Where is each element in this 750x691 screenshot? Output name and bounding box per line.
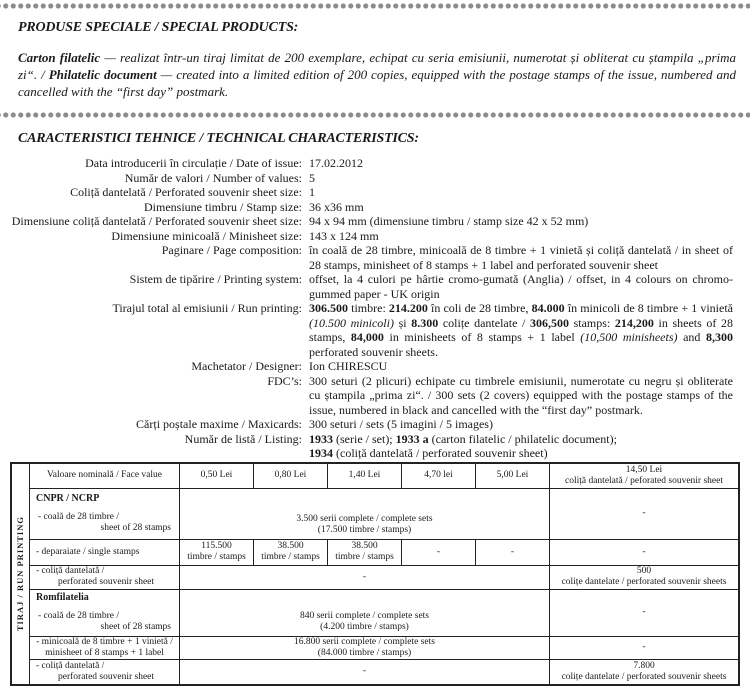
spec-label: Dimensiune timbru / Stamp size: (0, 200, 309, 215)
rom-sheet-row: Romfilatelia- coală de 28 timbre /sheet … (11, 589, 739, 636)
spec-value: 1 (309, 185, 733, 200)
spec-label: Sistem de tipărire / Printing system: (0, 272, 309, 301)
group-title: Romfilatelia (36, 592, 177, 603)
spec-row: Paginare / Page composition:în coală de … (0, 243, 750, 272)
single-value: 115.500timbre / stamps (180, 539, 254, 565)
rom-ss-row: - coliță dantelată /perforated souvenir … (11, 659, 739, 685)
spec-value: 1933 (serie / set); 1933 a (carton filat… (309, 432, 733, 461)
spec-label: Paginare / Page composition: (0, 243, 309, 272)
rom-ss-count: 7.800colițe dantelate / perforated souve… (550, 659, 740, 685)
spec-row: Sistem de tipărire / Printing system:off… (0, 272, 750, 301)
spec-value: 300 seturi (2 plicuri) echipate cu timbr… (309, 374, 733, 418)
spec-value: 94 x 94 mm (dimensiune timbru / stamp si… (309, 214, 733, 229)
rom-minisheet-ss: - (550, 636, 740, 659)
spec-label: Tirajul total al emisiunii / Run printin… (0, 301, 309, 359)
spec-label: Data introducerii în circulație / Date o… (0, 156, 309, 171)
rom-ss-value: - (180, 659, 550, 685)
spec-value: 36 x36 mm (309, 200, 733, 215)
spec-row: Număr de valori / Number of values:5 (0, 171, 750, 186)
spec-value: în coală de 28 timbre, minicoală de 8 ti… (309, 243, 733, 272)
spec-value: offset, la 4 culori pe hârtie cromo-guma… (309, 272, 733, 301)
spec-row: Dimensiune coliță dantelată / Perforated… (0, 214, 750, 229)
row-label: - coliță dantelată /perforated souvenir … (30, 659, 180, 685)
spec-row: Dimensiune minicoală / Minisheet size:14… (0, 229, 750, 244)
spec-label: Dimensiune minicoală / Minisheet size: (0, 229, 309, 244)
face-value-row: TIRAJ / RUN PRINTING Valoare nominală / … (11, 463, 739, 488)
face-value: 1,40 Lei (328, 463, 402, 488)
face-value: 5,00 Lei (476, 463, 550, 488)
en-product-name: Philatelic document (49, 67, 157, 82)
spec-row: Coliță dantelată / Perforated souvenir s… (0, 185, 750, 200)
rom-sheet-ss: - (550, 589, 740, 636)
rom-minisheet-value: 16.800 serii complete / complete sets(84… (180, 636, 550, 659)
souvenir-sheet-value: 14,50 Leicoliță dantelată / peforated so… (550, 463, 740, 488)
spec-value: 300 seturi / sets (5 imagini / 5 images) (309, 417, 733, 432)
spec-label: Dimensiune coliță dantelată / Perforated… (0, 214, 309, 229)
cnpr-sheet-ss: - (550, 488, 740, 539)
spec-value: 5 (309, 171, 733, 186)
spec-label: Număr de valori / Number of values: (0, 171, 309, 186)
spec-row: Machetator / Designer:Ion CHIRESCU (0, 359, 750, 374)
spec-row: FDC’s:300 seturi (2 plicuri) echipate cu… (0, 374, 750, 418)
spec-label: Machetator / Designer: (0, 359, 309, 374)
single-value: 38.500timbre / stamps (254, 539, 328, 565)
spec-row: Dimensiune timbru / Stamp size:36 x36 mm (0, 200, 750, 215)
cnpr-ss-value: - (180, 565, 550, 589)
spec-label: Număr de listă / Listing: (0, 432, 309, 461)
rom-minisheet-row: - minicoală de 8 timbre + 1 vinietă /min… (11, 636, 739, 659)
technical-specs: Data introducerii în circulație / Date o… (0, 156, 750, 461)
run-printing-table: TIRAJ / RUN PRINTING Valoare nominală / … (10, 462, 740, 686)
side-label: TIRAJ / RUN PRINTING (15, 516, 26, 631)
row-label: - deparaiate / single stamps (30, 539, 180, 565)
face-value: 0,50 Lei (180, 463, 254, 488)
cnpr-ss-row: - coliță dantelată /perforated souvenir … (11, 565, 739, 589)
single-value: 38.500timbre / stamps (328, 539, 402, 565)
single-value: - (402, 539, 476, 565)
spec-label: Cărți poștale maxime / Maxicards: (0, 417, 309, 432)
ro-product-name: Carton filatelic (18, 50, 100, 65)
spec-value: 17.02.2012 (309, 156, 733, 171)
side-label-cell: TIRAJ / RUN PRINTING (11, 463, 30, 685)
cnpr-sheet-row: CNPR / NCRP- coală de 28 timbre /sheet o… (11, 488, 739, 539)
spec-row-run-printing: Tirajul total al emisiunii / Run printin… (0, 301, 750, 359)
spec-row-listing: Număr de listă / Listing: 1933 (serie / … (0, 432, 750, 461)
group-title: CNPR / NCRP (36, 493, 177, 504)
spec-value: Ion CHIRESCU (309, 359, 733, 374)
spec-value: 143 x 124 mm (309, 229, 733, 244)
face-value-label: Valoare nominală / Face value (30, 463, 180, 488)
spec-label: Coliță dantelată / Perforated souvenir s… (0, 185, 309, 200)
cnpr-sheet-value: 3.500 serii complete / complete sets(17.… (180, 488, 550, 539)
dotted-separator (0, 2, 750, 10)
cnpr-single-row: - deparaiate / single stamps 115.500timb… (11, 539, 739, 565)
special-products-description: Carton filatelic — realizat într-un tira… (18, 49, 736, 100)
row-label: Romfilatelia- coală de 28 timbre /sheet … (30, 589, 180, 636)
face-value: 0,80 Lei (254, 463, 328, 488)
dotted-separator (0, 111, 750, 119)
row-label: CNPR / NCRP- coală de 28 timbre /sheet o… (30, 488, 180, 539)
rom-sheet-value: 840 serii complete / complete sets(4.200… (180, 589, 550, 636)
spec-value: 306.500 timbre: 214.200 în coli de 28 ti… (309, 301, 733, 359)
spec-row: Cărți poștale maxime / Maxicards:300 set… (0, 417, 750, 432)
special-products-heading: PRODUSE SPECIALE / SPECIAL PRODUCTS: (18, 20, 298, 36)
cnpr-ss-count: 500colițe dantelate / perforated souveni… (550, 565, 740, 589)
row-label: - coliță dantelată /perforated souvenir … (30, 565, 180, 589)
face-value: 4,70 lei (402, 463, 476, 488)
single-ss: - (550, 539, 740, 565)
single-value: - (476, 539, 550, 565)
spec-row: Data introducerii în circulație / Date o… (0, 156, 750, 171)
spec-label: FDC’s: (0, 374, 309, 418)
row-label: - minicoală de 8 timbre + 1 vinietă /min… (30, 636, 180, 659)
technical-heading: CARACTERISTICI TEHNICE / TECHNICAL CHARA… (18, 131, 419, 147)
